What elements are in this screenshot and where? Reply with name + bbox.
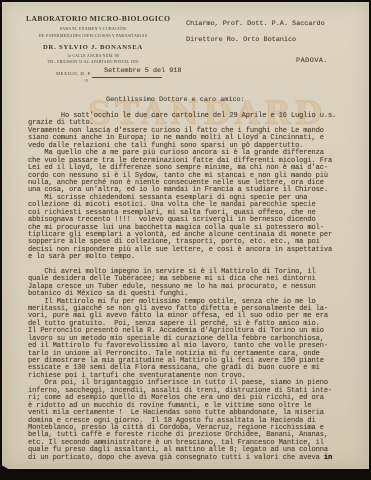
letter-paper: STANDARD LABORATORIO MICRO-BIOLOGICO PAR… <box>2 2 369 469</box>
letterhead-subtitle-2: DE ENFERMEDADES INFECCIOSAS Y PARASITARI… <box>26 33 160 38</box>
letterhead-city: MEXICO, D. F. <box>56 71 92 76</box>
recipient-city: PADOVA. <box>296 57 366 65</box>
doctor-name: DR. SYLVIO J. BONANSEA <box>26 44 160 51</box>
typed-date: Settembre 5 del 918 <box>104 67 182 75</box>
recipient-name: Chiarmo, Prof. Dott. P.A. Saccardo <box>186 20 366 28</box>
body-line: e lo sarà per molto tempo. <box>28 254 366 261</box>
date-line: MEXICO, D. F. 19 Settembre 5 del 918 <box>26 68 160 78</box>
lab-name: LABORATORIO MICRO-BIOLOGICO <box>26 14 160 23</box>
letterhead-subtitle-1: PARA EL EXAMEN Y CURACIÓN <box>26 26 160 31</box>
letterhead-address: 1a CALLE ANCHA NÚM. 86 <box>26 54 160 58</box>
letterhead: LABORATORIO MICRO-BIOLOGICO PARA EL EXAM… <box>26 14 160 78</box>
body-line: di un porticato, dopo che aveva già cons… <box>28 455 366 462</box>
recipient-block: Chiarmo, Prof. Dott. P.A. Saccardo Diret… <box>186 20 366 65</box>
paragraph-block: Chi avrei molto impegno in servire si è … <box>28 269 366 462</box>
letter-body: Ho sott'occhio le due care cartoline del… <box>28 113 366 469</box>
bold-edge-word: in <box>324 454 332 462</box>
date-rule <box>92 77 162 78</box>
paragraph-block: Ho sott'occhio le due care cartoline del… <box>28 113 366 262</box>
scanned-letter: STANDARD LABORATORIO MICRO-BIOLOGICO PAR… <box>0 0 371 480</box>
recipient-title: Direttore Ro. Orto Botanico <box>186 36 366 44</box>
printed-year-fragment: 19 <box>84 78 88 83</box>
salutation: Gentilissimo Dottore e caro amico: <box>106 96 245 104</box>
letterhead-phone: TEL. ERICSSON 51-62. APARTADO POSTAL 183… <box>26 60 160 64</box>
